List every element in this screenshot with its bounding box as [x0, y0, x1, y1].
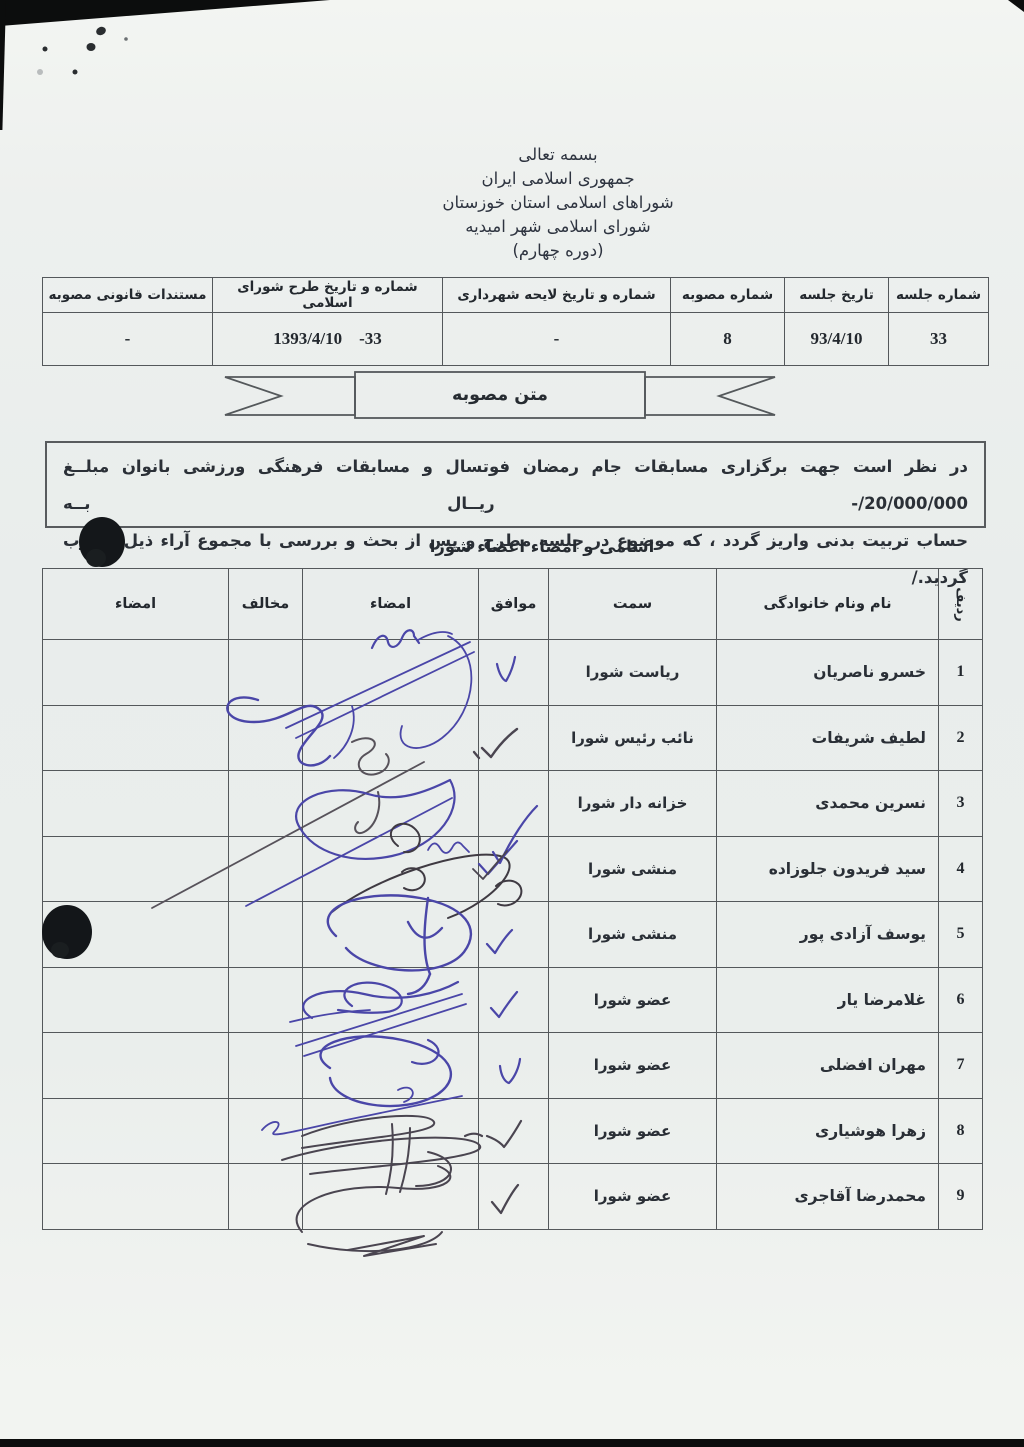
member-2-no: 2 — [939, 705, 983, 771]
member-1-name: خسرو ناصریان — [717, 640, 939, 706]
ribbon-title: متن مصوبه — [355, 372, 645, 418]
scan-edge-left — [0, 0, 6, 130]
member-2-oppose-cell — [229, 705, 303, 771]
meta-header-council-plan: شماره و تاریخ طرح شورای اسلامی — [213, 278, 443, 313]
member-5-signature2-cell — [43, 902, 229, 968]
member-2-signature-cell — [303, 705, 479, 771]
member-5-oppose-cell — [229, 902, 303, 968]
members-signature-table: ردیف نام ونام خانوادگی سمت موافق امضاء م… — [42, 568, 983, 1230]
member-5-name: یوسف آزادی پور — [717, 902, 939, 968]
row-no-label: ردیف — [953, 587, 968, 622]
scanned-document-page: بسمه تعالی جمهوری اسلامی ایران شوراهای ا… — [0, 0, 1024, 1447]
member-5-agree-cell — [479, 902, 549, 968]
member-3-signature2-cell — [43, 771, 229, 837]
member-7-signature-cell — [303, 1033, 479, 1099]
resolution-text-box: در نظر است جهت برگزاری مسابقات جام رمضان… — [45, 441, 986, 528]
member-8-oppose-cell — [229, 1098, 303, 1164]
municipality-bill-value: - — [554, 329, 560, 348]
member-4-oppose-cell — [229, 836, 303, 902]
meta-header-row: شماره جلسه تاریخ جلسه شماره مصوبه شماره … — [43, 278, 989, 313]
members-section-title: اسامی و امضاء اعضاء شورا — [60, 537, 1024, 556]
member-4-no: 4 — [939, 836, 983, 902]
meta-header-legal-docs: مستندات قانونی مصوبه — [43, 278, 213, 313]
member-8-signature-cell — [303, 1098, 479, 1164]
paper-specks — [37, 25, 128, 75]
letterhead-line-province-councils: شوراهای اسلامی استان خوزستان — [92, 191, 1024, 215]
members-header-signature-2: امضاء — [43, 569, 229, 640]
meta-header-resolution-no: شماره مصوبه — [671, 278, 785, 313]
resolution-meta-table: شماره جلسه تاریخ جلسه شماره مصوبه شماره … — [42, 277, 989, 366]
member-row-2: 2 لطیف شریفات نائب رئیس شورا — [43, 705, 983, 771]
member-7-oppose-cell — [229, 1033, 303, 1099]
meta-value-resolution-no: 8 — [671, 313, 785, 366]
meta-header-municipality-bill: شماره و تاریخ لایحه شهرداری — [443, 278, 671, 313]
meta-value-municipality-bill: - — [443, 313, 671, 366]
member-3-position: خزانه دار شورا — [549, 771, 717, 837]
session-no-value: 33 — [930, 329, 947, 348]
member-row-8: 8 زهرا هوشیاری عضو شورا — [43, 1098, 983, 1164]
members-header-row: ردیف نام ونام خانوادگی سمت موافق امضاء م… — [43, 569, 983, 640]
member-row-3: 3 نسرین محمدی خزانه دار شورا — [43, 771, 983, 837]
member-7-position: عضو شورا — [549, 1033, 717, 1099]
members-header-signature: امضاء — [303, 569, 479, 640]
meta-header-session-date: تاریخ جلسه — [785, 278, 889, 313]
member-9-oppose-cell — [229, 1164, 303, 1230]
member-6-oppose-cell — [229, 967, 303, 1033]
member-9-agree-cell — [479, 1164, 549, 1230]
member-3-oppose-cell — [229, 771, 303, 837]
member-4-signature2-cell — [43, 836, 229, 902]
resolution-no-value: 8 — [723, 329, 732, 348]
member-1-agree-cell — [479, 640, 549, 706]
member-9-no: 9 — [939, 1164, 983, 1230]
member-8-name: زهرا هوشیاری — [717, 1098, 939, 1164]
member-row-9: 9 محمدرضا آقاجری عضو شورا — [43, 1164, 983, 1230]
members-header-agree: موافق — [479, 569, 549, 640]
member-6-signature-cell — [303, 967, 479, 1033]
member-1-position: ریاست شورا — [549, 640, 717, 706]
member-4-agree-cell — [479, 836, 549, 902]
member-5-no: 5 — [939, 902, 983, 968]
letterhead-line-bismillah: بسمه تعالی — [92, 143, 1024, 167]
member-row-6: 6 غلامرضا یار عضو شورا — [43, 967, 983, 1033]
member-2-agree-cell — [479, 705, 549, 771]
member-5-signature-cell — [303, 902, 479, 968]
letterhead-line-term: (دوره چهارم) — [92, 239, 1024, 263]
members-header-oppose: مخالف — [229, 569, 303, 640]
council-plan-value: 1393/4/10 -33 — [273, 329, 382, 348]
scan-edge-top-right — [1008, 0, 1024, 12]
member-row-4: 4 سید فریدون جلوزاده منشی شورا — [43, 836, 983, 902]
member-8-signature2-cell — [43, 1098, 229, 1164]
member-3-no: 3 — [939, 771, 983, 837]
member-2-signature2-cell — [43, 705, 229, 771]
member-1-no: 1 — [939, 640, 983, 706]
meta-value-legal-docs: - — [43, 313, 213, 366]
members-header-position: سمت — [549, 569, 717, 640]
member-6-no: 6 — [939, 967, 983, 1033]
member-4-name: سید فریدون جلوزاده — [717, 836, 939, 902]
member-4-position: منشی شورا — [549, 836, 717, 902]
meta-header-session-no: شماره جلسه — [889, 278, 989, 313]
scan-edge-top-left — [0, 0, 330, 26]
member-6-position: عضو شورا — [549, 967, 717, 1033]
member-6-name: غلامرضا یار — [717, 967, 939, 1033]
member-7-agree-cell — [479, 1033, 549, 1099]
member-8-no: 8 — [939, 1098, 983, 1164]
member-2-name: لطیف شریفات — [717, 705, 939, 771]
meta-value-row: 33 93/4/10 8 - 1393/4/10 -33 - — [43, 313, 989, 366]
member-1-signature2-cell — [43, 640, 229, 706]
meta-value-session-date: 93/4/10 — [785, 313, 889, 366]
member-9-position: عضو شورا — [549, 1164, 717, 1230]
member-3-signature-cell — [303, 771, 479, 837]
member-3-agree-cell — [479, 771, 549, 837]
member-5-position: منشی شورا — [549, 902, 717, 968]
meta-value-session-no: 33 — [889, 313, 989, 366]
resolution-line-1: در نظر است جهت برگزاری مسابقات جام رمضان… — [63, 448, 968, 522]
member-7-no: 7 — [939, 1033, 983, 1099]
member-row-7: 7 مهران افضلی عضو شورا — [43, 1033, 983, 1099]
member-9-signature-cell — [303, 1164, 479, 1230]
members-header-row-no: ردیف — [939, 569, 983, 640]
member-7-name: مهران افضلی — [717, 1033, 939, 1099]
letterhead: بسمه تعالی جمهوری اسلامی ایران شوراهای ا… — [92, 143, 1024, 263]
letterhead-line-city-council: شورای اسلامی شهر امیدیه — [92, 215, 1024, 239]
member-3-name: نسرین محمدی — [717, 771, 939, 837]
member-row-5: 5 یوسف آزادی پور منشی شورا — [43, 902, 983, 968]
member-8-position: عضو شورا — [549, 1098, 717, 1164]
legal-docs-value: - — [125, 329, 131, 348]
member-1-oppose-cell — [229, 640, 303, 706]
letterhead-line-republic: جمهوری اسلامی ایران — [92, 167, 1024, 191]
member-9-signature2-cell — [43, 1164, 229, 1230]
resolution-text-ribbon: متن مصوبه — [215, 366, 785, 424]
member-row-1: 1 خسرو ناصریان ریاست شورا — [43, 640, 983, 706]
member-1-signature-cell — [303, 640, 479, 706]
member-8-agree-cell — [479, 1098, 549, 1164]
session-date-value: 93/4/10 — [811, 329, 863, 348]
member-9-name: محمدرضا آقاجری — [717, 1164, 939, 1230]
member-6-agree-cell — [479, 967, 549, 1033]
member-4-signature-cell — [303, 836, 479, 902]
member-2-position: نائب رئیس شورا — [549, 705, 717, 771]
members-header-name: نام ونام خانوادگی — [717, 569, 939, 640]
meta-value-council-plan: 1393/4/10 -33 — [213, 313, 443, 366]
member-7-signature2-cell — [43, 1033, 229, 1099]
member-6-signature2-cell — [43, 967, 229, 1033]
scan-edge-bottom — [0, 1439, 1024, 1447]
